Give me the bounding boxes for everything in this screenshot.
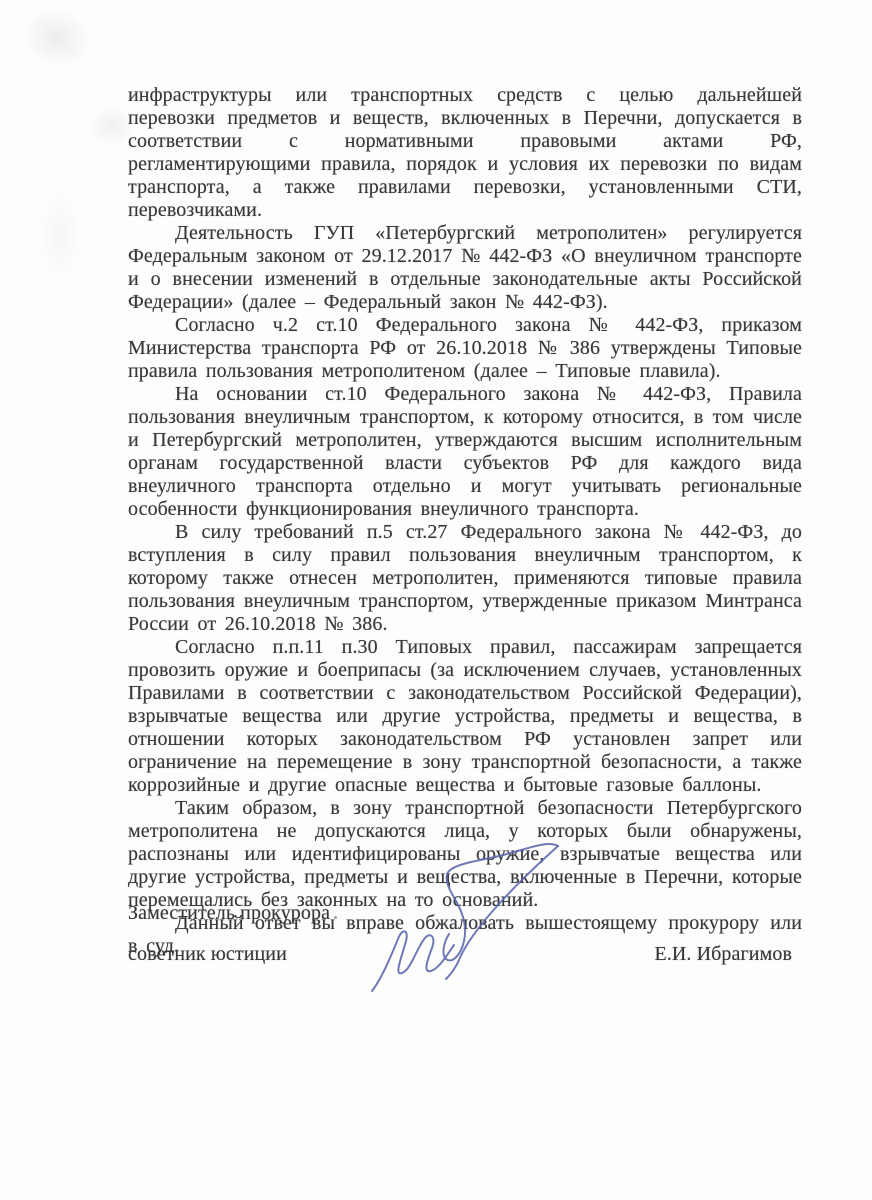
scan-smudge xyxy=(13,0,102,80)
signer-name: Е.И. Ибрагимов xyxy=(654,943,792,966)
body-paragraph-3: Согласно ч.2 ст.10 Федерального закона №… xyxy=(128,314,802,383)
body-paragraph-5: В силу требований п.5 ст.27 Федерального… xyxy=(128,521,802,636)
body-paragraph-2: Деятельность ГУП «Петербургский метропол… xyxy=(128,222,802,314)
body-paragraph-6: Согласно п.п.11 п.30 Типовых правил, пас… xyxy=(128,636,802,797)
body-paragraph-4: На основании ст.10 Федерального закона №… xyxy=(128,383,802,521)
letter-body: инфраструктуры или транспортных средств … xyxy=(128,84,802,958)
signer-position-line2: советник юстиции xyxy=(128,943,287,966)
scanned-document-page: инфраструктуры или транспортных средств … xyxy=(0,0,872,1200)
signature-block: Заместитель прокурора советник юстиции Е… xyxy=(128,902,802,966)
body-paragraph-1: инфраструктуры или транспортных средств … xyxy=(128,84,802,222)
scan-smudge xyxy=(40,190,80,280)
signer-position-line1: Заместитель прокурора xyxy=(128,902,802,925)
ink-dot-artifact xyxy=(334,916,337,919)
body-paragraph-7: Таким образом, в зону транспортной безоп… xyxy=(128,797,802,912)
